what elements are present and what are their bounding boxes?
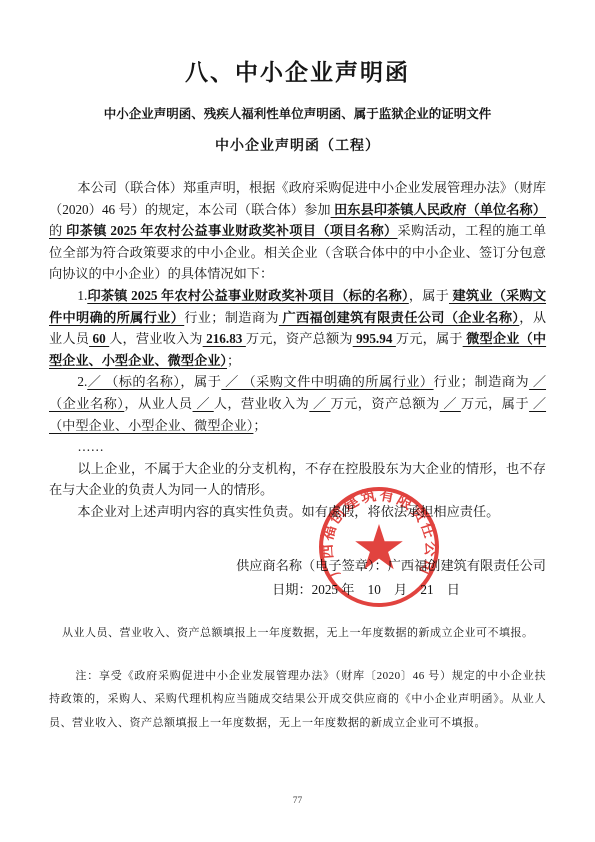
- text-segment: ／ （采购文件中明确的所属行业）: [221, 374, 433, 389]
- text-segment: ，从业人员: [124, 396, 192, 411]
- text-segment: 印茶镇 2025 年农村公益事业财政奖补项目（标的名称）: [87, 288, 409, 303]
- paragraph-item-2: 2.／ （标的名称），属于 ／ （采购文件中明确的所属行业）行业；制造商为 ／ …: [49, 371, 546, 436]
- text-segment: 995.94: [353, 331, 396, 346]
- signature-date-line: 日期：2025 年 10 月 21 日: [236, 577, 546, 603]
- text-segment: 田东县印茶镇人民政府（单位名称）: [331, 202, 546, 217]
- text-segment: 万元，资产总额为: [330, 396, 439, 411]
- text-segment: 人，营业收入为: [109, 331, 202, 346]
- text-segment: 人，营业收入为: [214, 396, 310, 411]
- text-segment: ；: [227, 353, 240, 368]
- signature-block: 供应商名称（电子签章）：广西福创建筑有限责任公司 日期：2025 年 10 月 …: [49, 555, 546, 603]
- text-segment: 的: [49, 223, 63, 238]
- text-segment: ，属于: [180, 374, 221, 389]
- text-segment: ；: [253, 418, 266, 433]
- legal-note: 注：享受《政府采购促进中小企业发展管理办法》（财库〔2020〕46 号）规定的中…: [49, 665, 546, 736]
- text-segment: 本企业对上述声明内容的真实性负责。如有虚假，将依法承担相应责任。: [77, 504, 499, 519]
- paragraph-item-1: 1.印茶镇 2025 年农村公益事业财政奖补项目（标的名称），属于 建筑业（采购…: [49, 285, 546, 371]
- text-segment: 以上企业，不属于大企业的分支机构，不存在控股股东为大企业的情形，也不存在与大企业…: [49, 461, 546, 498]
- document-page: 八、中小企业声明函 中小企业声明函、残疾人福利性单位声明函、属于监狱企业的证明文…: [0, 0, 595, 842]
- document-content: 八、中小企业声明函 中小企业声明函、残疾人福利性单位声明函、属于监狱企业的证明文…: [49, 0, 546, 735]
- text-segment: ／: [309, 396, 330, 411]
- text-segment: 行业；制造商为: [434, 374, 530, 389]
- fill-instruction-note: 从业人员、营业收入、资产总额填报上一年度数据，无上一年度数据的新成立企业可不填报…: [49, 625, 546, 641]
- text-segment: 广西福创建筑有限责任公司（企业名称）: [279, 310, 519, 325]
- document-body: 本公司（联合体）郑重声明，根据《政府采购促进中小企业发展管理办法》（财库（202…: [49, 177, 546, 523]
- text-segment: ／: [440, 396, 461, 411]
- text-segment: ……: [77, 439, 103, 454]
- paragraph-ellipsis: ……: [49, 436, 546, 458]
- text-segment: ／ （标的名称）: [87, 374, 180, 389]
- paragraph-declaration: 本公司（联合体）郑重声明，根据《政府采购促进中小企业发展管理办法》（财库（202…: [49, 177, 546, 285]
- text-segment: ，属于: [409, 288, 449, 303]
- text-segment: 行业；制造商为: [184, 310, 279, 325]
- supplier-signature-line: 供应商名称（电子签章）：广西福创建筑有限责任公司: [236, 555, 546, 577]
- text-segment: 60: [89, 331, 109, 346]
- doc-subtitle: 中小企业声明函、残疾人福利性单位声明函、属于监狱企业的证明文件: [49, 104, 546, 122]
- text-segment: 万元，属于: [461, 396, 529, 411]
- text-segment: 2.: [77, 374, 87, 389]
- text-segment: 印茶镇 2025 年农村公益事业财政奖补项目（项目名称）: [63, 223, 398, 238]
- text-segment: ／: [193, 396, 214, 411]
- paragraph-no-large-enterprise: 以上企业，不属于大企业的分支机构，不存在控股股东为大企业的情形，也不存在与大企业…: [49, 458, 546, 501]
- signature-inner: 供应商名称（电子签章）：广西福创建筑有限责任公司 日期：2025 年 10 月 …: [236, 555, 546, 603]
- text-segment: 216.83: [203, 331, 246, 346]
- paragraph-responsibility: 本企业对上述声明内容的真实性负责。如有虚假，将依法承担相应责任。: [49, 501, 546, 523]
- text-segment: 万元，资产总额为: [246, 331, 353, 346]
- page-number: 77: [0, 796, 595, 806]
- text-segment: 1.: [77, 288, 87, 303]
- doc-subheading: 中小企业声明函（工程）: [49, 135, 546, 155]
- text-segment: 万元，属于: [396, 331, 463, 346]
- page-title: 八、中小企业声明函: [49, 54, 546, 87]
